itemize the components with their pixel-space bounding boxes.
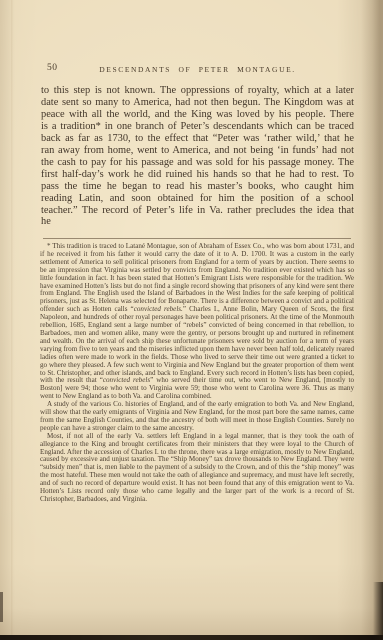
photo-corner-shadow (373, 582, 383, 640)
scanned-book-page: 50 DESCENDANTS OF PETER MONTAGUE. to thi… (0, 0, 383, 640)
paper-crease (11, 0, 13, 640)
photo-bottom-edge (0, 635, 383, 640)
footnote-paragraph: A study of the various Co. histories of … (40, 401, 354, 433)
page-gutter-shadow (361, 0, 383, 640)
footnote-paragraph: * This tradition is traced to Latané Mon… (40, 243, 354, 401)
page-header: 50 DESCENDANTS OF PETER MONTAGUE. (41, 63, 354, 77)
running-title: DESCENDANTS OF PETER MONTAGUE. (41, 65, 354, 74)
footnote: * This tradition is traced to Latané Mon… (40, 243, 354, 504)
footnote-paragraph: Most, if not all of the early Va. settle… (40, 433, 354, 504)
body-paragraph: to this step is not known. The oppressio… (41, 85, 354, 228)
photo-left-edge-mark (0, 592, 3, 622)
footnote-rule (43, 238, 351, 239)
